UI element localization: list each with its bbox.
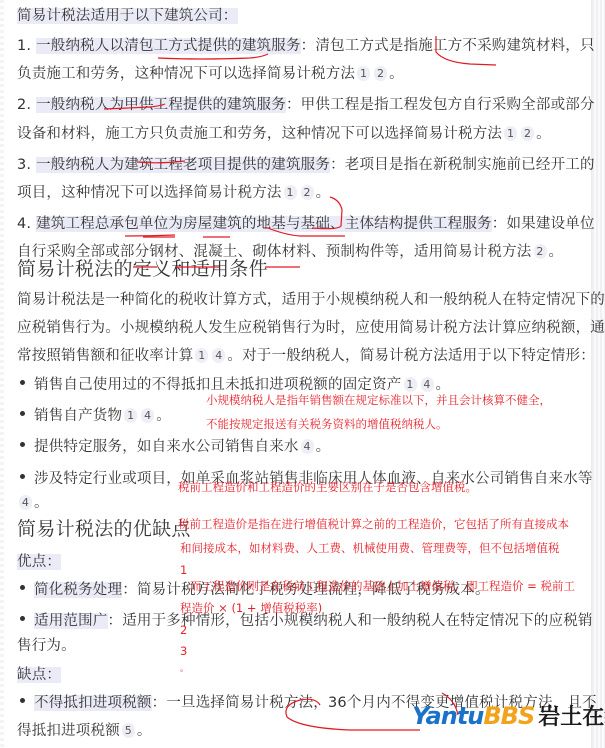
citation-badge[interactable]: 2 [301,185,314,200]
annotation-note: 不能按规定报送有关税务资料的增值税纳税人。 [206,416,448,432]
bullet-dot [20,616,25,621]
citation-badge[interactable]: 2 [521,126,534,141]
citation-badge[interactable]: 2 [534,244,547,259]
cons-label: 缺点： [17,665,61,685]
citation-badge[interactable]: 4 [141,408,154,423]
annotation-note: 1 [180,562,187,578]
bullet-item-cont: 得抵扣进项税额5。 [17,721,152,741]
citation-badge[interactable]: 5 [122,723,135,738]
bullet-dot [20,474,25,479]
annotation-note: 而工程造价则是在税前工程造价的基础上加上增值税，即工程造价 = 税前工 [190,578,575,594]
section-heading-definition: 简易计税法的定义和适用条件 [17,256,268,282]
bullet-dot [20,585,25,590]
item-title: 适用范围广 [34,613,108,629]
list-item-3: 3. 一般纳税人为建筑工程老项目提供的建筑服务：老项目是指在新税制实施前已经开工… [17,155,595,175]
bullet-dot [20,380,25,385]
item-title: 一般纳税人为建筑工程老项目提供的建筑服务 [36,157,330,173]
list-item-2: 2. 一般纳税人为甲供工程提供的建筑服务：甲供工程是指工程发包方自行采购全部或部… [17,95,595,115]
list-item-1-cont: 负责施工和劳务，这种情况下可以选择简易计税方法12。 [17,64,404,84]
item-title: 建筑工程总承包单位为房屋建筑的地基与基础、主体结构提供工程服务 [36,216,492,232]
annotation-note: 税前工程造价是指在进行增值税计算之前的工程造价，它包括了所有直接成本 [178,516,569,532]
bullet-item-cont: 4。 [17,493,49,513]
bullet-item: 提供特定服务，如自来水公司销售自来水4。 [17,437,330,457]
item-title: 简化税务处理 [34,582,122,598]
annotation-note: 小规模纳税人是指年销售额在规定标准以下，并且会计核算不健全， [206,392,551,408]
section-heading-pros-cons: 简易计税法的优缺点 [17,516,191,542]
item-title: 不得抵扣进项税额 [34,695,152,711]
list-item-1: 1. 一般纳税人以清包工方式提供的建筑服务：清包工方式是指施工方不采购建筑材料，… [17,36,595,56]
bullet-dot [20,442,25,447]
annotation-note: 2 [180,622,187,638]
citation-badge[interactable]: 2 [374,66,387,81]
paragraph-line: 应税销售行为。小规模纳税人发生应税销售行为时，应使用简易计税方法计算应纳税额，通 [17,318,605,338]
citation-badge[interactable]: 4 [301,439,314,454]
pros-label: 优点： [17,552,61,572]
list-item-2-cont: 设备和材料，施工方只负责施工和劳务，这种情况下可以选择简易计税方法12。 [17,124,551,144]
list-item-3-cont: 项目，这种情况下可以选择简易计税方法12。 [17,183,330,203]
bullet-dot [20,411,25,416]
citation-badge[interactable]: 1 [504,126,517,141]
annotation-note: 3 [180,643,187,659]
intro-text: 简易计税法适用于以下建筑公司： [17,6,238,26]
paragraph-line: 常按照销售额和征收率计算14。对于一般纳税人，简易计税方法适用于以下特定情形： [17,346,595,366]
citation-badge[interactable]: 1 [124,408,137,423]
citation-badge[interactable]: 1 [357,66,370,81]
citation-badge[interactable]: 1 [284,185,297,200]
citation-badge[interactable]: 1 [195,348,208,363]
annotation-note: 税前工程造价和工程造价的主要区别在于是否包含增值税。 [178,479,477,495]
page-frame-left [0,0,4,748]
citation-badge[interactable]: 4 [19,495,32,510]
annotation-note: 。 [180,661,189,677]
item-title: 一般纳税人为甲供工程提供的建筑服务 [36,97,286,113]
watermark-logo: YantuBBS岩土在线 [412,700,605,731]
paragraph-line: 简易计税法是一种简化的税收计算方式，适用于小规模纳税人和一般纳税人在特定情况下的 [17,290,605,310]
bullet-dot [20,698,25,703]
annotation-note: 和间接成本，如材料费、人工费、机械使用费、管理费等，但不包括增值税 [180,540,560,556]
bullet-item-cont: 售行为。 [17,636,76,656]
citation-badge[interactable]: 4 [421,377,434,392]
bullet-item: 销售自产货物14。 [17,406,171,426]
item-title: 一般纳税人以清包工方式提供的建筑服务 [36,38,301,54]
annotation-note: 程造价 × (1 + 增值税税率) [180,600,322,616]
citation-badge[interactable]: 1 [404,377,417,392]
citation-badge[interactable]: 4 [212,348,225,363]
list-item-4: 4. 建筑工程总承包单位为房屋建筑的地基与基础、主体结构提供工程服务：如果建设单… [17,214,595,234]
